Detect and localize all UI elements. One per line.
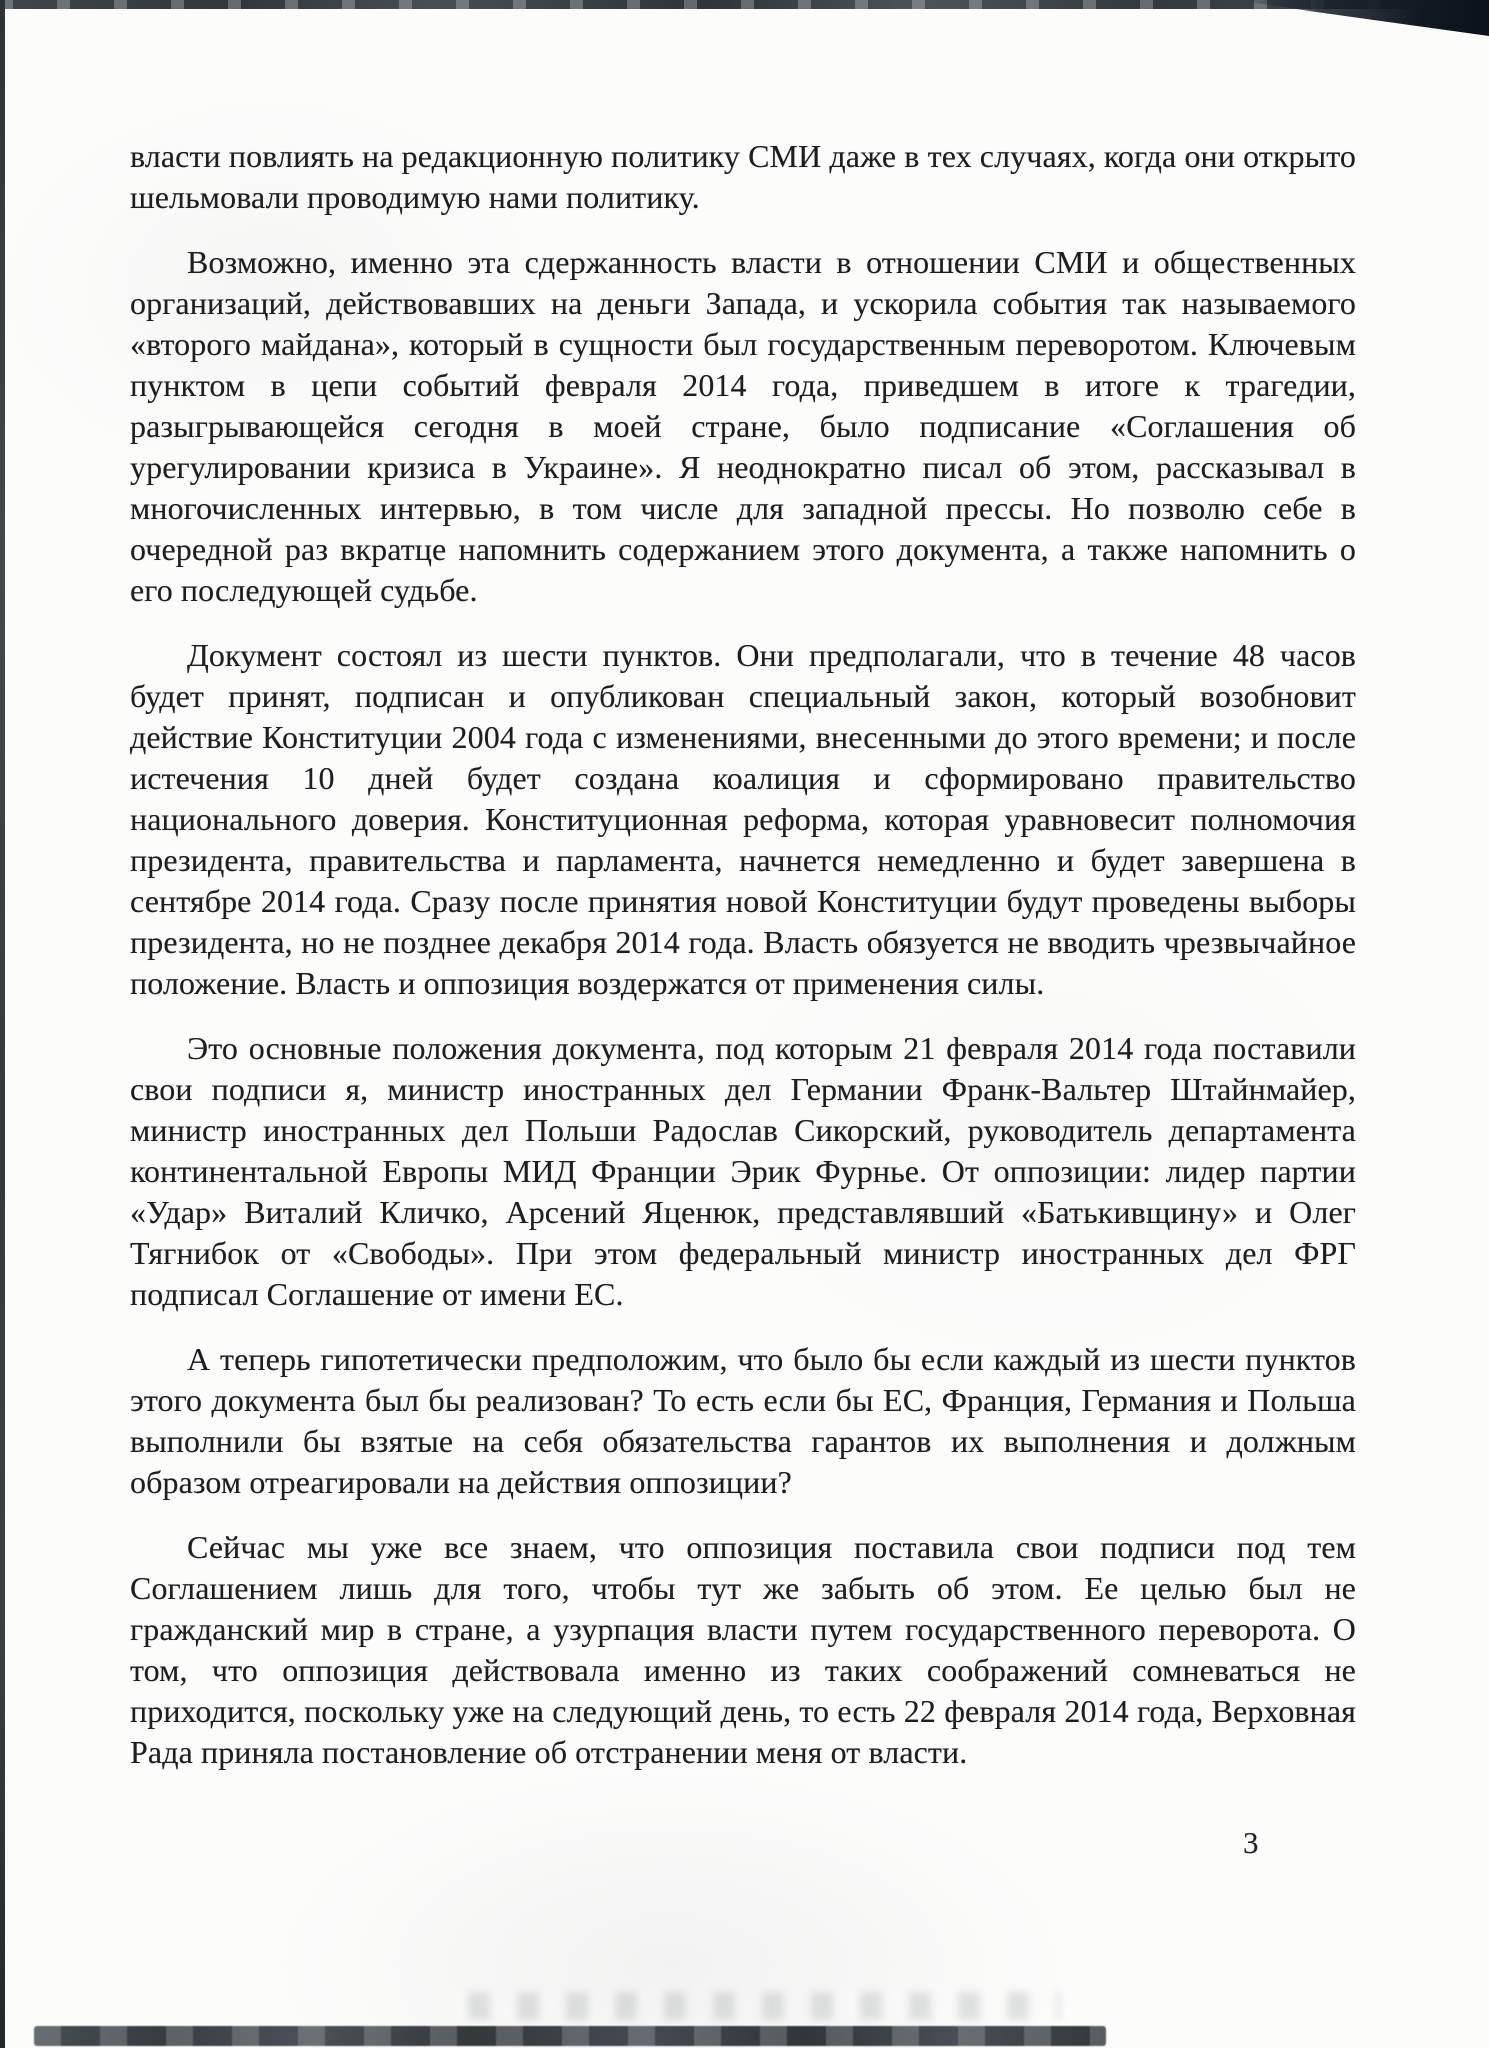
body-paragraph: Это основные положения документа, под ко… [130,1028,1356,1315]
scanned-page: власти повлиять на редакционную политику… [0,0,1489,2048]
body-paragraph: Документ состоял из шести пунктов. Они п… [130,635,1356,1004]
scan-bleedthrough-smudge [468,1992,1060,2020]
scan-edge-left-artifact [0,0,5,2048]
scan-corner-top-right-artifact [1237,0,1489,36]
body-paragraph: Сейчас мы уже все знаем, что оппозиция п… [130,1527,1356,1773]
body-paragraph: власти повлиять на редакционную политику… [130,136,1356,218]
scan-edge-bottom-artifact [34,2026,1106,2046]
body-paragraph: Возможно, именно эта сдержанность власти… [130,242,1356,611]
body-paragraph: А теперь гипотетически предположим, что … [130,1339,1356,1503]
document-body: власти повлиять на редакционную политику… [130,136,1356,1797]
page-number: 3 [1243,1822,1259,1863]
